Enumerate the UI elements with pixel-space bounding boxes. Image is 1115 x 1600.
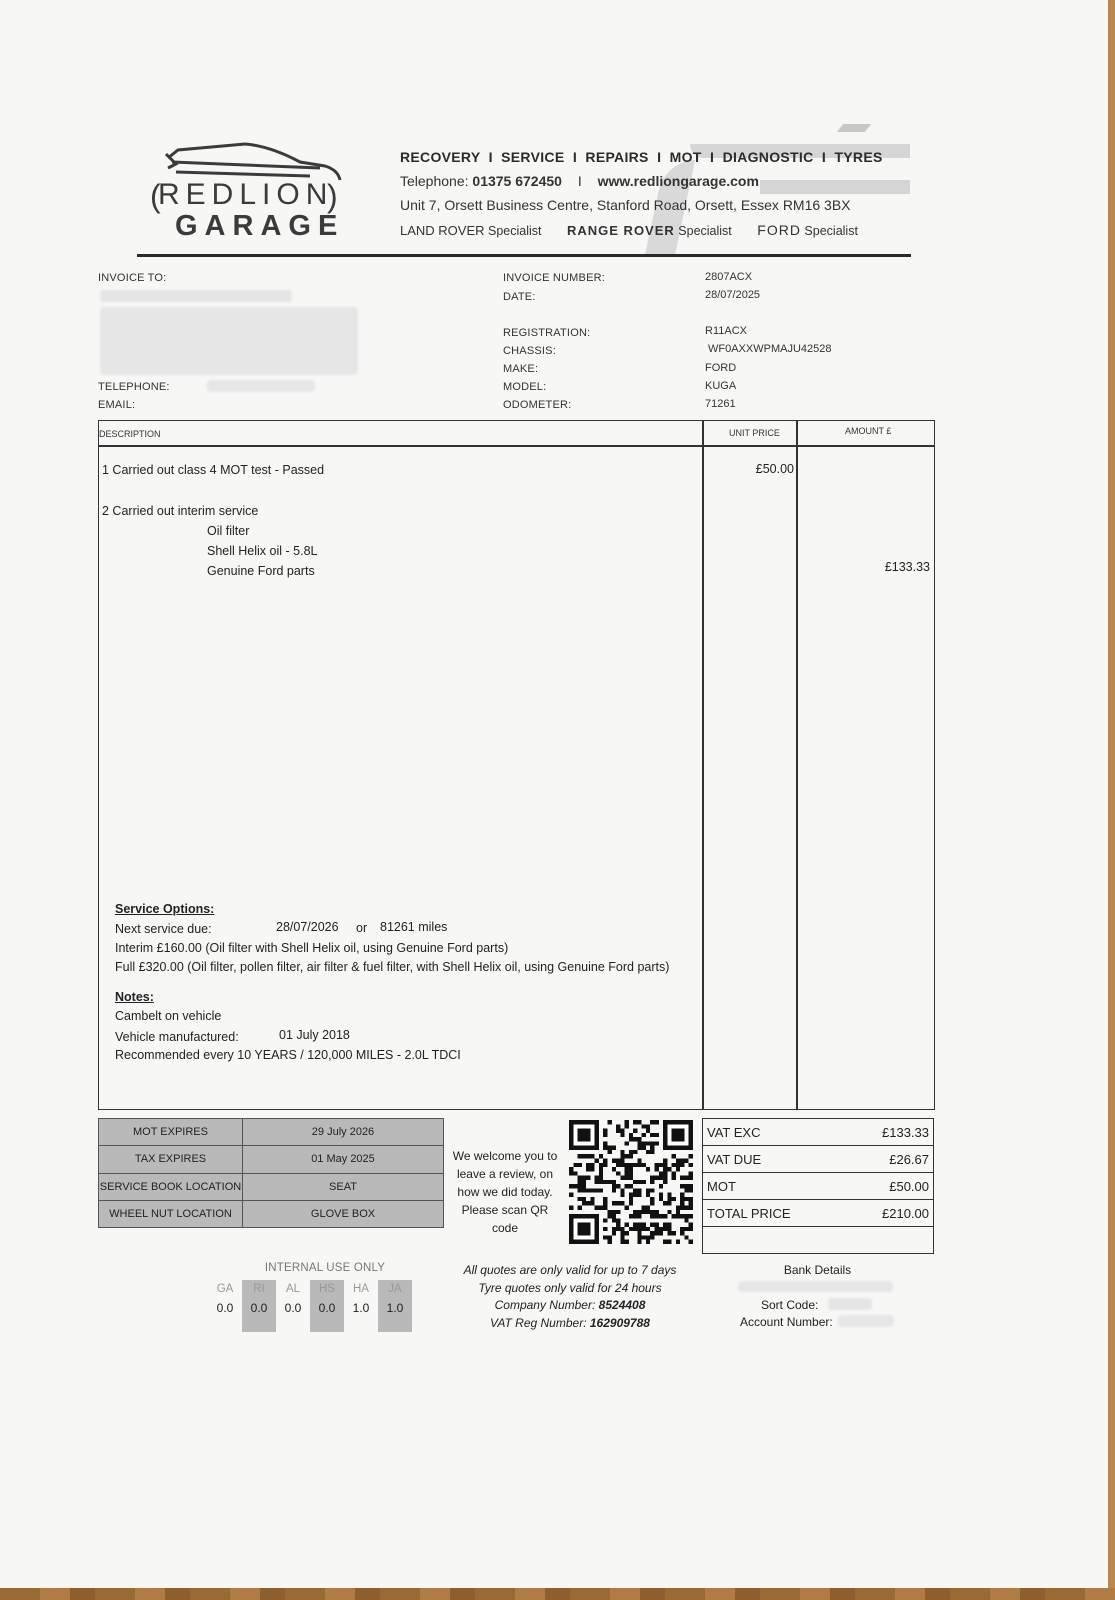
vat-reg-number: VAT Reg Number: 162909788 xyxy=(440,1315,700,1333)
column-value: 0.0 xyxy=(242,1298,276,1318)
empty-cell xyxy=(703,1227,847,1254)
column-value: 1.0 xyxy=(378,1298,412,1318)
column-value: 0.0 xyxy=(208,1298,242,1318)
make-label: MAKE: xyxy=(503,363,538,375)
line-item: 1 Carried out class 4 MOT test - Passed xyxy=(102,463,324,477)
total-price-label: TOTAL PRICE xyxy=(703,1200,847,1227)
interim-service-option: Interim £160.00 (Oil filter with Shell H… xyxy=(115,941,508,955)
mot-label: MOT xyxy=(703,1173,847,1200)
unit-price-header: UNIT PRICE xyxy=(729,428,780,438)
line-item-unit-price: £50.00 xyxy=(705,462,794,476)
invoice-to-label: INVOICE TO: xyxy=(98,272,166,284)
column-divider xyxy=(796,420,798,1110)
specialist-brand: RANGE ROVER xyxy=(567,223,675,238)
column-code: HA xyxy=(344,1280,378,1298)
vehicle-info-table: MOT EXPIRES 29 July 2026 TAX EXPIRES 01 … xyxy=(98,1118,444,1228)
line-item: 2 Carried out interim service xyxy=(102,504,258,518)
wheel-nut-location-label: WHEEL NUT LOCATION xyxy=(99,1200,243,1227)
table-row: MOT £50.00 xyxy=(703,1173,934,1200)
total-price-value: £210.00 xyxy=(847,1200,934,1227)
table-row: VAT EXC £133.33 xyxy=(703,1119,934,1146)
date-value: 28/07/2025 xyxy=(705,289,760,301)
vat-due-label: VAT DUE xyxy=(703,1146,847,1173)
line-item-part: Shell Helix oil - 5.8L xyxy=(207,544,317,558)
chassis-label: CHASSIS: xyxy=(503,345,556,357)
logo-name-top: REDLION xyxy=(158,178,333,212)
specialist-suffix: Specialist xyxy=(678,224,732,238)
registration-value: R11ACX xyxy=(705,325,747,337)
odometer-value: 71261 xyxy=(705,398,736,410)
qr-code-icon[interactable] xyxy=(567,1120,695,1244)
manufactured-label: Vehicle manufactured: xyxy=(115,1030,239,1044)
model-label: MODEL: xyxy=(503,381,546,393)
desk-surface xyxy=(0,1588,1115,1600)
internal-use-title: INTERNAL USE ONLY xyxy=(240,1262,410,1274)
column-divider xyxy=(702,420,704,1110)
wheel-nut-location-value: GLOVE BOX xyxy=(243,1200,444,1227)
table-row: SERVICE BOOK LOCATION SEAT xyxy=(99,1173,444,1200)
telephone-label: TELEPHONE: xyxy=(98,381,170,393)
company-address: Unit 7, Orsett Business Centre, Stanford… xyxy=(400,197,851,213)
service-book-location-label: SERVICE BOOK LOCATION xyxy=(99,1173,243,1200)
website-link: www.redliongarage.com xyxy=(598,173,759,189)
line-item-amount: £133.33 xyxy=(800,560,930,574)
review-text-line: We welcome you to xyxy=(447,1147,563,1165)
column-value: 1.0 xyxy=(344,1298,378,1318)
table-row: TOTAL PRICE £210.00 xyxy=(703,1200,934,1227)
service-options-title: Service Options: xyxy=(115,902,214,916)
table-row xyxy=(703,1227,934,1254)
full-service-option: Full £320.00 (Oil filter, pollen filter,… xyxy=(115,960,669,974)
empty-cell xyxy=(847,1227,934,1254)
table-row: TAX EXPIRES 01 May 2025 xyxy=(99,1146,444,1173)
decorative-swoosh xyxy=(837,124,872,132)
decorative-swoosh xyxy=(760,180,910,194)
specialist-suffix: Specialist xyxy=(804,224,858,238)
redacted-customer-phone xyxy=(207,380,315,392)
desk-surface xyxy=(1108,0,1115,1600)
email-label: EMAIL: xyxy=(98,399,135,411)
vat-reg-value: 162909788 xyxy=(590,1316,650,1330)
internal-use-column: AL0.0 xyxy=(276,1280,310,1332)
next-service-label: Next service due: xyxy=(115,922,212,936)
redacted-sort-code xyxy=(828,1298,872,1310)
quotes-footer: All quotes are only valid for up to 7 da… xyxy=(440,1262,700,1332)
tax-expires-value: 01 May 2025 xyxy=(243,1146,444,1173)
internal-use-column: HA1.0 xyxy=(344,1280,378,1332)
review-text-line: how we did today. xyxy=(447,1183,563,1201)
table-header-divider xyxy=(98,445,935,447)
description-header: DESCRIPTION xyxy=(99,429,161,439)
vat-exc-label: VAT EXC xyxy=(703,1119,847,1146)
service-book-location-value: SEAT xyxy=(243,1173,444,1200)
company-number-label: Company Number: xyxy=(495,1298,596,1312)
tax-expires-label: TAX EXPIRES xyxy=(99,1146,243,1173)
bank-details: Bank Details xyxy=(730,1262,910,1280)
specialist-brand: FORD xyxy=(757,222,801,238)
redacted-customer-name xyxy=(100,290,292,302)
specialist-brand: LAND ROVER xyxy=(400,223,485,238)
notes-title: Notes: xyxy=(115,990,154,1004)
specialist-line: LAND ROVER Specialist RANGE ROVER Specia… xyxy=(400,222,858,238)
separator: I xyxy=(578,173,582,189)
internal-use-column: HS0.0 xyxy=(310,1280,344,1332)
table-row: WHEEL NUT LOCATION GLOVE BOX xyxy=(99,1200,444,1227)
internal-use-column: GA0.0 xyxy=(208,1280,242,1332)
registration-label: REGISTRATION: xyxy=(503,327,590,339)
internal-use-column: JA1.0 xyxy=(378,1280,412,1332)
redacted-account-number xyxy=(838,1315,894,1327)
next-service-miles: 81261 miles xyxy=(380,920,447,934)
table-row: VAT DUE £26.67 xyxy=(703,1146,934,1173)
review-text-line: leave a review, on xyxy=(447,1165,563,1183)
redacted-bank-name xyxy=(738,1281,893,1292)
internal-use-grid: GA0.0 RI0.0 AL0.0 HS0.0 HA1.0 JA1.0 xyxy=(208,1280,413,1332)
tyre-quote-validity: Tyre quotes only valid for 24 hours xyxy=(440,1280,700,1298)
column-value: 0.0 xyxy=(310,1298,344,1318)
column-code: JA xyxy=(378,1280,412,1298)
table-row: MOT EXPIRES 29 July 2026 xyxy=(99,1119,444,1146)
services-list: RECOVERY I SERVICE I REPAIRS I MOT I DIA… xyxy=(400,149,883,165)
column-code: GA xyxy=(208,1280,242,1298)
make-value: FORD xyxy=(705,362,736,374)
telephone-label: Telephone: xyxy=(400,173,469,189)
vat-due-value: £26.67 xyxy=(847,1146,934,1173)
review-text-line: Please scan QR code xyxy=(447,1201,563,1237)
redacted-customer-address xyxy=(100,307,358,375)
next-service-or: or xyxy=(356,921,367,935)
invoice-number-value: 2807ACX xyxy=(705,271,752,283)
column-code: RI xyxy=(242,1280,276,1298)
contact-line: Telephone: 01375 672450 I www.redliongar… xyxy=(400,173,759,189)
column-code: AL xyxy=(276,1280,310,1298)
specialist-suffix: Specialist xyxy=(488,224,542,238)
company-number-value: 8524408 xyxy=(599,1298,646,1312)
telephone-number: 01375 672450 xyxy=(472,173,562,189)
column-value: 0.0 xyxy=(276,1298,310,1318)
next-service-date: 28/07/2026 xyxy=(276,920,339,934)
totals-table: VAT EXC £133.33 VAT DUE £26.67 MOT £50.0… xyxy=(702,1118,934,1254)
chassis-value: WF0AXXWPMAJU42528 xyxy=(708,343,831,355)
mot-value: £50.00 xyxy=(847,1173,934,1200)
note-line: Recommended every 10 YEARS / 120,000 MIL… xyxy=(115,1048,461,1062)
manufactured-value: 01 July 2018 xyxy=(279,1028,350,1042)
line-item-part: Oil filter xyxy=(207,524,249,538)
bank-details-title: Bank Details xyxy=(730,1262,905,1280)
vat-exc-value: £133.33 xyxy=(847,1119,934,1146)
logo-name-bottom: GARAGE xyxy=(175,210,344,243)
invoice-page: ( REDLION ) GARAGE RECOVERY I SERVICE I … xyxy=(0,0,1108,1588)
line-item-part: Genuine Ford parts xyxy=(207,564,315,578)
date-label: DATE: xyxy=(503,291,536,303)
amount-header: AMOUNT £ xyxy=(845,426,891,436)
internal-use-column: RI0.0 xyxy=(242,1280,276,1332)
note-line: Cambelt on vehicle xyxy=(115,1009,221,1023)
quote-validity: All quotes are only valid for up to 7 da… xyxy=(440,1262,700,1280)
mot-expires-label: MOT EXPIRES xyxy=(99,1119,243,1146)
vat-reg-label: VAT Reg Number: xyxy=(490,1316,586,1330)
review-message: We welcome you to leave a review, on how… xyxy=(447,1147,563,1237)
mot-expires-value: 29 July 2026 xyxy=(243,1119,444,1146)
odometer-label: ODOMETER: xyxy=(503,399,571,411)
company-number: Company Number: 8524408 xyxy=(440,1297,700,1315)
model-value: KUGA xyxy=(705,380,736,392)
header-divider xyxy=(137,254,911,257)
invoice-number-label: INVOICE NUMBER: xyxy=(503,272,605,284)
column-code: HS xyxy=(310,1280,344,1298)
